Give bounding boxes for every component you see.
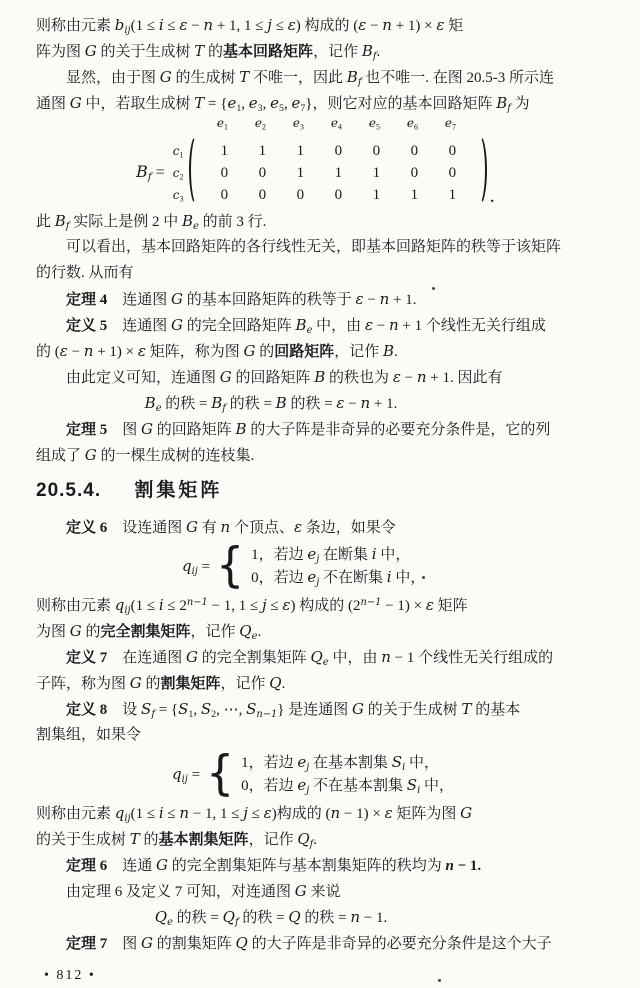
matrix-cell: 1	[319, 162, 357, 184]
text-line: 的行数. 从而有	[36, 260, 616, 286]
matrix-period: .	[490, 190, 494, 206]
matrix-col-header: e2	[241, 116, 279, 134]
section-heading: 20.5.4. 割集矩阵	[36, 476, 616, 506]
matrix-cell: 1	[357, 184, 395, 206]
fundamental-cutset-indicator-equation: qij = { 1，若边 ej 在基本割集 Si 中， 0，若边 ej 不在基本…	[172, 749, 616, 799]
page-number: • 812 •	[36, 968, 616, 984]
matrix-cell: 1	[395, 184, 433, 206]
matrix-cell: 0	[433, 162, 471, 184]
matrix-row-label: c3	[173, 184, 186, 206]
text-line: 的关于生成树 T 的基本割集矩阵，记作 Qf.	[36, 826, 616, 852]
scan-speck	[422, 576, 425, 579]
matrix-col-header: e5	[355, 116, 393, 134]
text-line: 阵为图 G 的关于生成树 T 的基本回路矩阵，记作 Bf.	[36, 38, 616, 64]
text-line: 则称由元素 bij(1 ≤ i ≤ ε − n + 1, 1 ≤ j ≤ ε) …	[36, 12, 616, 38]
matrix-cell: 1	[281, 140, 319, 162]
cutset-indicator-equation: qij = { 1，若边 ej 在断集 i 中， 0，若边 ej 不在断集 i …	[182, 541, 616, 591]
scan-speck	[432, 287, 435, 290]
matrix-cell: 0	[395, 162, 433, 184]
case-bottom: 0，若边 ej 不在断集 i 中，	[251, 566, 425, 589]
matrix-row-label: c1	[173, 140, 186, 162]
matrix-cell: 0	[395, 140, 433, 162]
matrix-label: Bf =	[136, 162, 165, 182]
case-top: 1，若边 ej 在基本割集 Si 中，	[241, 751, 454, 774]
matrix-row-labels: c1c2c3	[173, 140, 186, 206]
text-line-theorem-7: 定理 7 图 G 的割集矩阵 Q 的大子阵是非奇异的必要充分条件是这个大子	[36, 930, 616, 956]
text-line-definition-6: 定义 6 设连通图 G 有 n 个顶点、ε 条边，如果令	[36, 514, 616, 540]
matrix-cell: 1	[243, 140, 281, 162]
section-number: 20.5.4.	[36, 480, 101, 501]
section-title: 割集矩阵	[134, 480, 222, 501]
matrix-cell: 0	[319, 140, 357, 162]
text-line: 则称由元素 qij(1 ≤ i ≤ n − 1, 1 ≤ j ≤ ε)构成的 (…	[36, 800, 616, 826]
matrix-right-paren	[471, 134, 487, 206]
text-line: 割集组，如果令	[36, 722, 616, 748]
matrix-cell: 0	[319, 184, 357, 206]
matrix-col-header: e1	[203, 116, 241, 134]
left-brace: {	[206, 747, 234, 801]
matrix-col-header: e6	[393, 116, 431, 134]
text-line-definition-5: 定义 5 连通图 G 的完全回路矩阵 Be 中，由 ε − n + 1 个线性无…	[36, 312, 616, 338]
text-line-theorem-5: 定理 5 图 G 的回路矩阵 B 的大子阵是非奇异的必要充分条件是，它的列	[36, 416, 616, 442]
matrix-cell: 1	[357, 162, 395, 184]
matrix-grid: 111000000111000000111	[205, 140, 471, 206]
case-bottom: 0，若边 ej 不在基本割集 Si 中，	[241, 774, 454, 797]
matrix-cell: 0	[205, 184, 243, 206]
matrix-col-header: e4	[317, 116, 355, 134]
case-top: 1，若边 ej 在断集 i 中，	[251, 543, 425, 566]
fundamental-circuit-matrix: Bf = c1c2c3 e1e2e3e4e5e6e7 1110000001110…	[136, 118, 616, 206]
text-line: 由此定义可知，连通图 G 的回路矩阵 B 的秩也为 ε − n + 1. 因此有	[36, 364, 616, 390]
matrix-cell: 1	[281, 162, 319, 184]
text-line: 为图 G 的完全割集矩阵，记作 Qe.	[36, 618, 616, 644]
matrix-cell: 0	[205, 162, 243, 184]
text-line: 子阵，称为图 G 的割集矩阵，记作 Q.	[36, 670, 616, 696]
matrix-cell: 1	[205, 140, 243, 162]
matrix-row-label: c2	[173, 162, 186, 184]
matrix-cell: 0	[357, 140, 395, 162]
text-line: 则称由元素 qij(1 ≤ i ≤ 2n−1 − 1, 1 ≤ j ≤ ε) 构…	[36, 592, 616, 618]
matrix-cell: 0	[243, 162, 281, 184]
matrix-cell: 0	[281, 184, 319, 206]
matrix-cell: 0	[243, 184, 281, 206]
text-line-theorem-6: 定理 6 连通 G 的完全割集矩阵与基本割集矩阵的秩均为 n − 1.	[36, 852, 616, 878]
equation-lhs: qij =	[182, 557, 210, 576]
matrix-cell: 1	[433, 184, 471, 206]
matrix-cell: 0	[433, 140, 471, 162]
matrix-col-header: e7	[431, 116, 469, 134]
equation-lhs: qij =	[172, 765, 200, 784]
text-line: 通图 G 中，若取生成树 T = {e1, e3, e5, e7}，则它对应的基…	[36, 90, 616, 116]
text-line: 组成了 G 的一棵生成树的连枝集.	[36, 442, 616, 468]
scan-speck	[438, 979, 441, 982]
text-line: 由定理 6 及定义 7 可知，对连通图 G 来说	[36, 878, 616, 904]
scanned-book-page: 则称由元素 bij(1 ≤ i ≤ ε − n + 1, 1 ≤ j ≤ ε) …	[0, 0, 640, 988]
matrix-col-headers: e1e2e3e4e5e6e7	[203, 116, 494, 134]
text-line-definition-8: 定义 8 设 Sf = {S1, S2, ⋯, Sn−1} 是连通图 G 的关于…	[36, 696, 616, 722]
text-line: 此 Bf 实际上是例 2 中 Be 的前 3 行.	[36, 208, 616, 234]
text-line-theorem-4: 定理 4 连通图 G 的基本回路矩阵的秩等于 ε − n + 1.	[36, 286, 616, 312]
left-brace: {	[216, 539, 244, 593]
matrix-left-paren	[189, 134, 205, 206]
matrix-col-header: e3	[279, 116, 317, 134]
text-line: 可以看出，基本回路矩阵的各行线性无关，即基本回路矩阵的秩等于该矩阵	[36, 234, 616, 260]
text-line-definition-7: 定义 7 在连通图 G 的完全割集矩阵 Qe 中，由 n − 1 个线性无关行组…	[36, 644, 616, 670]
rank-equation-circuit: Be 的秩 = Bf 的秩 = B 的秩 = ε − n + 1.	[36, 390, 616, 416]
rank-equation-cutset: Qe 的秩 = Qf 的秩 = Q 的秩 = n − 1.	[36, 904, 616, 930]
text-line: 显然，由于图 G 的生成树 T 不唯一，因此 Bf 也不唯一. 在图 20.5-…	[36, 64, 616, 90]
text-line: 的 (ε − n + 1) × ε 矩阵，称为图 G 的回路矩阵，记作 B.	[36, 338, 616, 364]
